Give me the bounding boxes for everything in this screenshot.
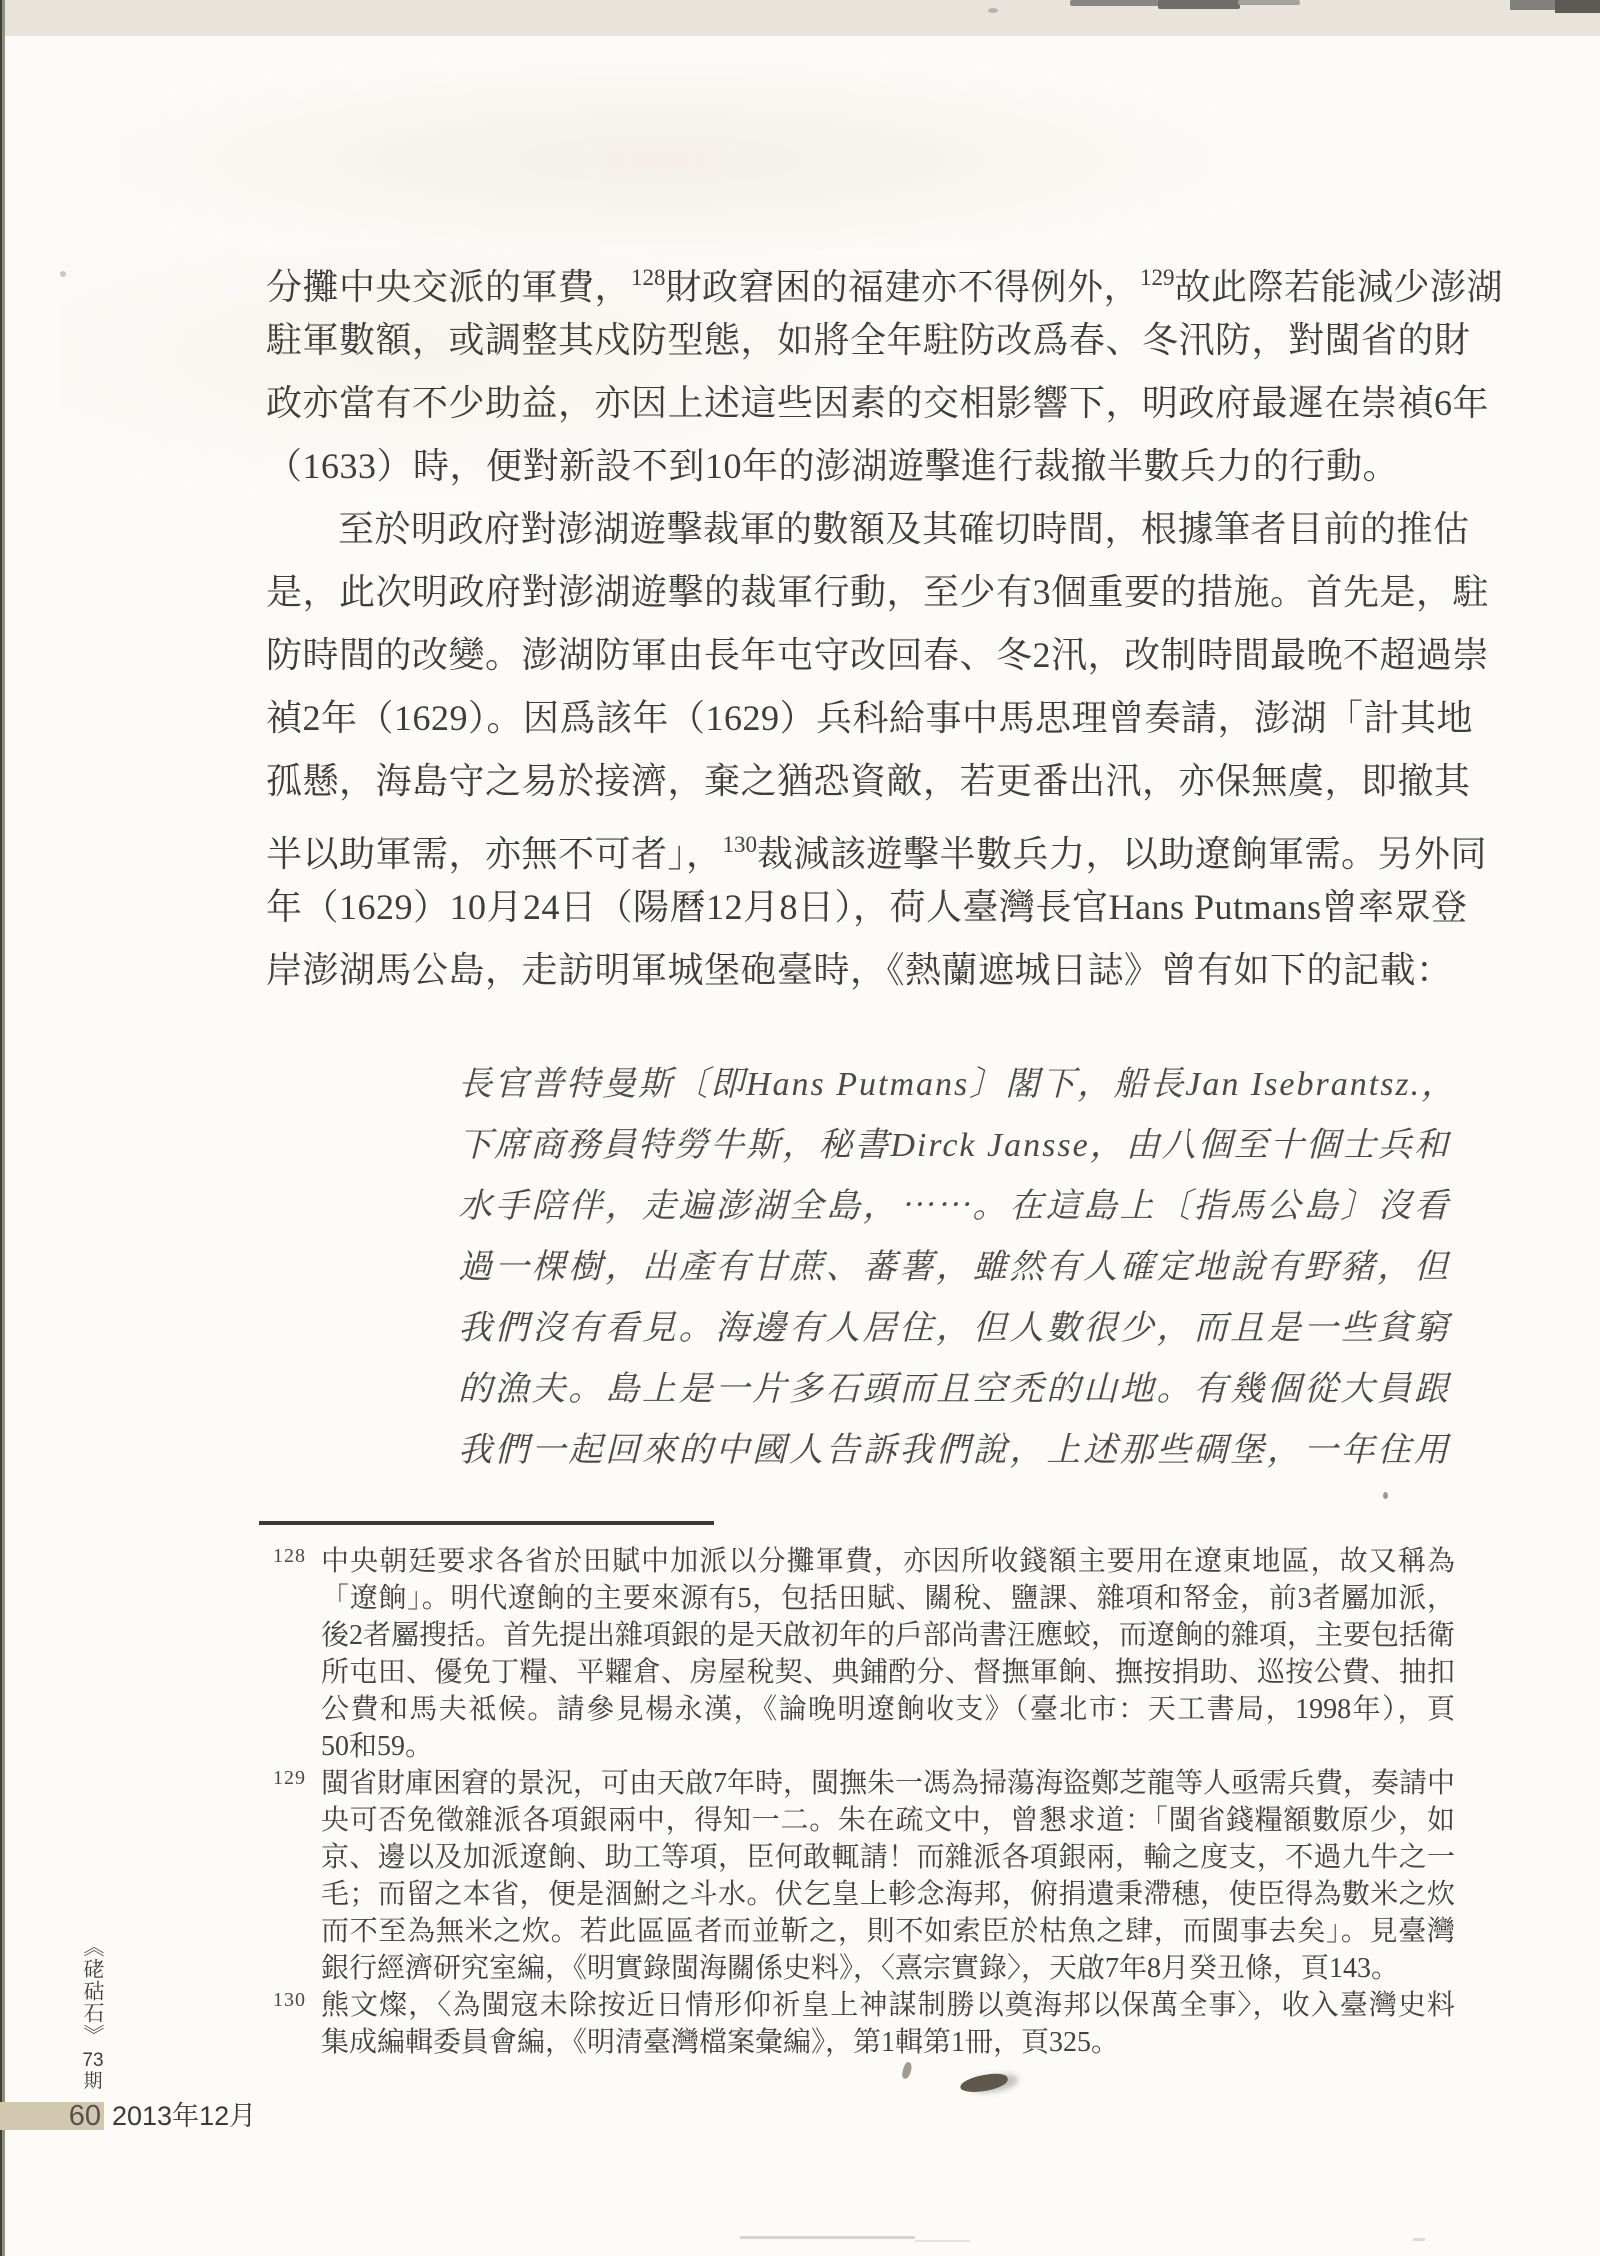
body-text-segment: 裁減該遊擊半數兵力，以助遼餉軍需。另外同 [757,834,1487,874]
scan-artifact-speck [1383,1492,1388,1499]
footnote-line: 「遼餉」。明代遼餉的主要來源有5，包括田賦、關稅、鹽課、雜項和帑金，前3者屬加派… [321,1580,1455,1617]
scan-artifact-smudge [959,2072,1009,2095]
quote-line: 水手陪伴，走遍澎湖全島，⋯⋯。在這島上〔指馬公島〕沒看 [458,1176,1450,1237]
body-line: 分攤中央交派的軍費，128財政窘困的福建亦不得例外，129故此際若能減少澎湖 [266,246,1454,309]
footnote-129: 129 閩省財庫困窘的景況，可由天啟7年時，閩撫朱一馮為掃蕩海盜鄭芝龍等人亟需兵… [321,1765,1455,1987]
footnote-line: 公費和馬夫祗候。請參見楊永漢，《論晚明遼餉收支》（臺北市：天工書局，1998年）… [321,1691,1455,1728]
scan-artifact-dot [988,8,998,13]
quote-line: 的漁夫。島上是一片多石頭而且空禿的山地。有幾個從大員跟 [458,1359,1450,1420]
footnote-number: 129 [273,1767,306,1790]
journal-title-vertical: 《硓𥑮石》 [78,1936,108,2046]
issue-number: 73 [80,2050,106,2071]
scan-artifact-smudge [901,2061,914,2080]
body-line: 岸澎湖馬公島，走訪明軍城堡砲臺時，《熱蘭遮城日誌》曾有如下的記載： [266,939,1454,1002]
body-line: 是，此次明政府對澎湖遊擊的裁軍行動，至少有3個重要的措施。首先是，駐 [266,561,1454,624]
quote-line: 過一棵樹，出產有甘蔗、蕃薯，雖然有人確定地說有野豬，但 [458,1237,1450,1298]
footnote-ref-128: 128 [631,265,666,290]
body-line: 禎2年（1629）。因爲該年（1629）兵科給事中馬思理曾奏請，澎湖「計其地 [266,687,1454,750]
body-text-segment: 分攤中央交派的軍費， [266,267,631,307]
body-line: 孤懸，海島守之易於接濟，棄之猶恐資敵，若更番出汛，亦保無虞，即撤其 [266,750,1454,813]
body-text-segment: 財政窘困的福建亦不得例外， [666,267,1141,307]
body-line: 防時間的改變。澎湖防軍由長年屯守改回春、冬2汛，改制時間最晚不超過崇 [266,624,1454,687]
block-quote: 長官普特曼斯〔即Hans Putmans〕閣下，船長Jan Isebrantsz… [458,1054,1450,1481]
footnote-line: 熊文燦，〈為閩寇未除按近日情形仰祈皇上神謀制勝以奠海邦以保萬全事〉，收入臺灣史料 [321,1987,1455,2024]
footnote-128: 128 中央朝廷要求各省於田賦中加派以分攤軍費，亦因所收錢額主要用在遼東地區，故… [321,1543,1455,1765]
footnote-line: 50和59。 [321,1728,1455,1765]
footnote-line: 後2者屬搜括。首先提出雜項銀的是天啟初年的戶部尚書汪應蛟，而遼餉的雜項，主要包括… [321,1617,1455,1654]
body-text-segment: 半以助軍需，亦無不可者」， [266,834,723,874]
body-line: 政亦當有不少助益，亦因上述這些因素的交相影響下，明政府最遲在崇禎6年 [266,372,1454,435]
footnote-line: 所屯田、優免丁糧、平糶倉、房屋稅契、典鋪酌分、督撫軍餉、撫按捐助、巡按公費、抽扣 [321,1654,1455,1691]
scan-top-band [0,0,1600,36]
quote-line: 下席商務員特勞牛斯，秘書Dirck Jansse，由八個至十個士兵和 [458,1115,1450,1176]
body-text-segment: 故此際若能減少澎湖 [1175,267,1504,307]
scan-artifact-corner [1555,0,1600,13]
footnote-ref-129: 129 [1140,265,1175,290]
body-line: （1633）時，便對新設不到10年的澎湖遊擊進行裁撤半數兵力的行動。 [266,435,1454,498]
page-number-box: 60 [0,2102,104,2130]
footnote-line: 央可否免徵雜派各項銀兩中，得知一二。朱在疏文中，曾懇求道：「閩省錢糧額數原少，如 [321,1802,1455,1839]
footnote-line: 銀行經濟研究室編，《明實錄閩海關係史料》，〈熹宗實錄〉，天啟7年8月癸丑條，頁1… [321,1950,1455,1987]
scan-shadow-wash [120,50,1320,250]
footnote-line: 集成編輯委員會編，《明清臺灣檔案彙編》，第1輯第1冊，頁325。 [321,2024,1455,2061]
scan-artifact-line [915,2240,970,2242]
issue-unit: 期 [80,2071,106,2092]
scan-artifact-streak [1070,0,1160,6]
scan-left-edge-light [2,0,5,2256]
page-number: 60 [69,2100,104,2132]
scan-artifact-line [740,2236,915,2239]
scan-artifact-streak [1238,0,1300,5]
quote-line: 我們沒有看見。海邊有人居住，但人數很少，而且是一些貧窮 [458,1298,1450,1359]
footnote-ref-130: 130 [723,832,758,857]
footnotes-section: 128 中央朝廷要求各省於田賦中加派以分攤軍費，亦因所收錢額主要用在遼東地區，故… [321,1543,1455,2061]
footnote-line: 中央朝廷要求各省於田賦中加派以分攤軍費，亦因所收錢額主要用在遼東地區，故又稱為 [321,1543,1455,1580]
body-text: 分攤中央交派的軍費，128財政窘困的福建亦不得例外，129故此際若能減少澎湖 駐… [266,246,1454,1002]
scan-artifact-speck [1413,2238,1425,2241]
quote-line: 長官普特曼斯〔即Hans Putmans〕閣下，船長Jan Isebrantsz… [458,1054,1450,1115]
scanned-journal-page: 分攤中央交派的軍費，128財政窘困的福建亦不得例外，129故此際若能減少澎湖 駐… [0,0,1600,2256]
body-line: 年（1629）10月24日（陽曆12月8日），荷人臺灣長官Hans Putman… [266,876,1454,939]
footnote-number: 128 [273,1545,306,1568]
footnote-line: 毛；而留之本省，便是涸鮒之斗水。伏乞皇上軫念海邦，俯捐遺秉滯穗，使臣得為數米之炊 [321,1876,1455,1913]
scan-artifact-speck [60,271,66,277]
body-line: 駐軍數額，或調整其戍防型態，如將全年駐防改爲春、冬汛防，對閩省的財 [266,309,1454,372]
footnote-line: 閩省財庫困窘的景況，可由天啟7年時，閩撫朱一馮為掃蕩海盜鄭芝龍等人亟需兵費，奏請… [321,1765,1455,1802]
body-line: 半以助軍需，亦無不可者」，130裁減該遊擊半數兵力，以助遼餉軍需。另外同 [266,813,1454,876]
footnote-line: 而不至為無米之炊。若此區區者而並靳之，則不如索臣於枯魚之肆，而閩事去矣」。見臺灣 [321,1913,1455,1950]
issue-date: 2013年12月 [112,2102,256,2130]
scan-artifact-streak [1158,0,1240,9]
quote-line: 我們一起回來的中國人告訴我們說，上述那些碉堡，一年住用 [458,1420,1450,1481]
footnote-number: 130 [273,1989,306,2012]
journal-issue: 73 期 [80,2050,106,2092]
footnote-130: 130 熊文燦，〈為閩寇未除按近日情形仰祈皇上神謀制勝以奠海邦以保萬全事〉，收入… [321,1987,1455,2061]
body-line: 至於明政府對澎湖遊擊裁軍的數額及其確切時間，根據筆者目前的推估 [266,498,1454,561]
footnote-separator-rule [259,1521,714,1525]
footnote-line: 京、邊以及加派遼餉、助工等項，臣何敢輒請！而雜派各項銀兩，輸之度支，不過九牛之一 [321,1839,1455,1876]
